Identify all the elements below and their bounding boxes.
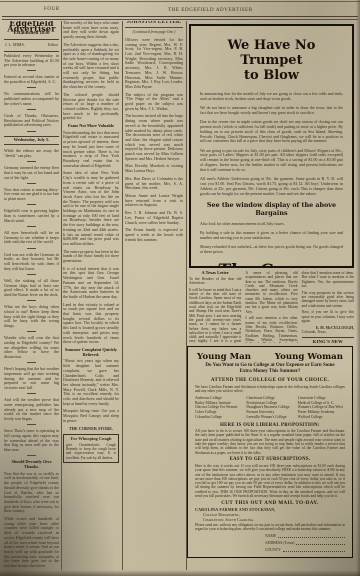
editorial-paragraph: Since Thaw's razor is operating in full …: [4, 429, 59, 456]
paper-name: THE EDGEFIELD ADVERTISER: [168, 8, 253, 13]
coupon-county-line: COUNTY: [265, 548, 345, 552]
paragraph: Officers were elected for the coming yea…: [125, 38, 183, 90]
dateline: Wednesday, July 5.: [4, 136, 59, 146]
coupon-name-blank: [278, 534, 345, 538]
col2-mid: Notwithstanding the fact that most Edgef…: [63, 131, 119, 345]
paragraph: While scores and hundreds of young white…: [4, 517, 59, 569]
trumpet-ad-body-2: Also look for other announcements in all…: [200, 222, 343, 255]
texas-col2-body: A sense of pleasing old acquaintances an…: [245, 271, 297, 343]
editorial-paragraph: Wonder who will own the first airship in…: [4, 336, 59, 363]
notice-paragraph: Published every Wednesday in The Adverti…: [4, 54, 59, 72]
header-rule-2: [2, 19, 358, 20]
col2-relief: "About two years ago when my little daug…: [63, 359, 119, 423]
scan-right-edge: [356, 0, 360, 576]
notice-paragraph: No communications will be published unle…: [4, 92, 59, 110]
johnston-body: Officers were elected for the coming yea…: [125, 38, 183, 242]
paragraph: Rev. J. B. Johnson and Dr. B. S. Lee, Pa…: [125, 211, 183, 225]
paragraph: It will be borne in mind that I am a nat…: [189, 288, 241, 343]
paragraph: Also look for other announcements in all…: [200, 222, 343, 227]
texas-letter-col3: show that I mention some of them. But wh…: [302, 271, 354, 343]
corner-store-mention: THE CORNER STORE.: [63, 427, 119, 432]
editorial-paragraph: While the editors are away the "devils" …: [4, 149, 59, 162]
paragraph: A sense of pleasing old acquaintances an…: [245, 271, 297, 314]
notice-paragraph: Cards of Thanks, Obituaries, Resolutions…: [4, 114, 59, 132]
masthead-rule: [4, 39, 59, 40]
whooping-cough-ad: For Whooping Cough give Chamberlain's Co…: [63, 434, 119, 463]
col1-subhead: Should Devoutly Give Thanks.: [4, 460, 59, 469]
paragraph: The crop prospects in this section are r…: [302, 291, 354, 308]
whooping-cough-ad-title: For Whooping Cough: [66, 437, 116, 442]
coupon-name-label: NAME: [265, 534, 276, 538]
johnston-letter-headline: JOHNSTON LETTER.: [125, 21, 183, 28]
paragraph: All men's Athletic Underwear going at 39…: [200, 177, 343, 196]
masthead-rule-2: [4, 51, 59, 52]
coupon-county-label: COUNTY: [265, 548, 281, 552]
window-display-line: See the window display of the above Barg…: [200, 201, 343, 217]
paragraph: Land in that vicinity is valued at so mu…: [63, 303, 119, 345]
texas-letter-headline: A Texas Letter: [189, 271, 241, 275]
college-item: Leesville Woman's College: [246, 415, 293, 420]
subscriptions-head: EASY TO GET SUBSCRIPTIONS.: [195, 457, 345, 462]
college-list-col3: Limestone CollegeMedical College of S. C…: [298, 396, 345, 421]
masthead-title: Edgefield Advertiser: [4, 21, 59, 31]
texas-letter-col2: A sense of pleasing old acquaintances an…: [245, 271, 297, 343]
paragraph: The Advertiser suggests that a day, pref…: [63, 43, 119, 90]
coupon-county-blank: [283, 548, 345, 552]
column-johnston-letter: JOHNSTON LETTER. (Continued from page On…: [125, 21, 183, 572]
corner-store-signature: The Corner Store: [200, 261, 343, 268]
column-rule-2: [122, 21, 123, 570]
trumpet-ad: We Have No Trumpet to Blow In announcing…: [189, 24, 354, 268]
young-woman-headline: Young Woman: [275, 352, 343, 362]
paragraph: Due to the recent rise in staple cotton …: [200, 120, 343, 144]
college-item: Columbia College: [195, 415, 242, 420]
editorial-paragraph: What are the boys doing when school is o…: [4, 305, 59, 332]
paragraph: It is of actual interest that it was on …: [63, 267, 119, 300]
page-number: FOUR: [44, 7, 60, 12]
col2-subhead: Fame Not More Valuable: [63, 124, 119, 129]
notice-paragraph: Entered as second class matter at the po…: [4, 75, 59, 88]
texas-letter-section: A Texas Letter To the Readers of the dea…: [189, 271, 354, 343]
texas-col1-body: To the Readers of the dear old Advertise…: [189, 277, 241, 343]
coupon-address-blank: [296, 541, 345, 545]
continued-line: (Continued from page One.): [125, 30, 183, 35]
paragraph: Money refunded if not satisfied—at these…: [200, 245, 343, 255]
col1-tail: Now that the war is, so swiftly as well …: [4, 472, 59, 569]
proposition-head: HERE IS OUR LIBERAL PROPOSITION:: [195, 423, 345, 428]
texas-col3-body: show that I mention some of them. But wh…: [302, 271, 354, 323]
paragraph: Mrs. Ben Davis of Columbia is the guest …: [125, 177, 183, 191]
coupon-address-line: ADDRESS (Town): [265, 541, 345, 545]
new-discovery-ad-title: KING'S NEW DISCOVERY: [302, 340, 354, 343]
editorial-paragraph: Germany interned the enemy fleet that it…: [4, 166, 59, 184]
paragraph: The Evans family is expected to spend a …: [125, 228, 183, 242]
coupon-name-line: NAME: [265, 534, 345, 538]
paragraph: "About two years ago when my little daug…: [63, 359, 119, 406]
editorial-paragraph: Here's hoping that the hot weather suspe…: [4, 367, 59, 394]
trumpet-ad-body: In announcing that for the month of July…: [200, 92, 343, 196]
editorial-paragraph: Edgefield corn is growing higher than is…: [4, 209, 59, 227]
column-editorial-2: The novelty of the boys who came home wi…: [63, 21, 119, 572]
paragraph: Miss Dorothy Murdoch is visiting Miss Lo…: [125, 164, 183, 173]
column-rule-1: [61, 21, 62, 570]
trumpet-headline-line2: to Blow: [200, 68, 343, 83]
col2-subhead-2: Summer Complaint Quickly Relieved.: [63, 348, 119, 357]
coupon-head: CUT THIS OUT AND MAIL TO-DAY.: [195, 501, 345, 506]
new-discovery-ad: KING'S NEW DISCOVERY Will Surely Stop Th…: [302, 337, 354, 343]
editorial-paragraph: Now that cotton is nearing thirty-five c…: [4, 188, 59, 206]
paragraph: To the Readers of the dear old Advertise…: [189, 277, 241, 286]
paragraph: We do not have to announce a big slaught…: [200, 106, 343, 116]
editorial-paragraph: God was not with the Germans in battle, …: [4, 253, 59, 275]
paragraph: show that I mention some of them. But wh…: [302, 271, 354, 288]
editor-line: J. L. MIMS, Editor: [4, 42, 59, 49]
attend-college-line: ATTEND THE COLLEGE OF YOUR CHOICE.: [195, 378, 345, 383]
paragraph: Now, if you see fit to give this space i…: [302, 310, 354, 323]
coupon-consent-text: Please send me, without any obligation o…: [195, 523, 345, 532]
header-rule: [2, 16, 358, 17]
college-list-col1: Anderson CollegeBailey Military Institut…: [195, 396, 242, 421]
subscriptions-text: Here is the way it works out. If you wil…: [195, 464, 345, 498]
paragraph: The colored people should likewise give …: [63, 93, 119, 121]
masthead-established: Established 1836: [4, 32, 59, 37]
college-list: Anderson CollegeBailey Military Institut…: [195, 396, 345, 421]
coupon-address-label: ADDRESS (Town): [265, 541, 294, 545]
proposition-text: All you have to do is to secure 100 thre…: [195, 429, 345, 455]
trumpet-headline-line1: We Have No Trumpet: [200, 38, 343, 68]
masthead-notices: Published every Wednesday in The Adverti…: [4, 54, 59, 132]
whooping-cough-ad-text: give Chamberlain's Cough Remedy to keep …: [66, 443, 116, 460]
college-item: Wofford College: [298, 415, 345, 420]
paragraph: The hostess invited all into the large d…: [125, 114, 183, 161]
paragraph: The subject of the program was "The Flag…: [125, 93, 183, 112]
paragraph: Now that the war is, so swiftly as well …: [4, 472, 59, 514]
paragraph: Some idea of what New York City's wealth…: [63, 171, 119, 246]
paragraph: We are going to put on sale for July, si…: [200, 149, 343, 173]
college-scholarship-ad: Young Man Young Woman Do You Want to Go …: [187, 346, 353, 558]
column-rule-3: [186, 21, 187, 570]
company-address-block: CAROLINA FARMER AND STOCKMAN, College De…: [195, 508, 345, 522]
texas-signoff-place: Colorado, Texas.: [302, 330, 354, 334]
college-list-col2: Charleston CollegePresbyterian CollegeDr…: [246, 396, 293, 421]
editorial-paragraph: Well, the sinking of all those German sh…: [4, 279, 59, 301]
paragraph: The novelty of the boys who came home wi…: [63, 21, 119, 40]
scan-top-edge: [0, 1, 360, 2]
paragraph: Misses Annie and Louise Wright have retu…: [125, 194, 183, 208]
column-masthead-editorials: Edgefield Advertiser Established 1836 J.…: [4, 21, 59, 572]
young-man-woman-row: Young Man Young Woman: [197, 352, 343, 362]
editorial-shorts: While the editors are away the "devils" …: [4, 149, 59, 456]
paragraph: The entire property has been in the hand…: [63, 250, 119, 264]
paragraph: Notwithstanding the fact that most Edgef…: [63, 131, 119, 169]
college-question-line2: Extra Money This Summer?: [195, 369, 345, 375]
texas-letter-col1: A Texas Letter To the Readers of the dea…: [189, 271, 241, 343]
col2-top: The novelty of the boys who came home wi…: [63, 21, 119, 121]
paragraph: In announcing that for the month of July…: [200, 92, 343, 102]
young-man-headline: Young Man: [197, 352, 251, 362]
editor-label: Editor: [48, 43, 58, 48]
editorial-paragraph: And will the weather prove that some ent…: [4, 398, 59, 425]
college-question: Do You Want to Go to College at Our Expe…: [195, 363, 345, 375]
paragraph: Mosquito biting time: Get you a Mosquito…: [63, 409, 119, 423]
paragraph: I will now mention a few other names of …: [245, 316, 297, 343]
editorial-paragraph: All eyes henceforth will be on Germany t…: [4, 231, 59, 249]
trumpet-ad-headline: We Have No Trumpet to Blow: [200, 38, 343, 83]
college-intro: We have Carolina Farmer and Stockman sch…: [195, 385, 345, 394]
editor-name: J. L. MIMS,: [5, 43, 25, 48]
paragraph: By holding a sale in this manner it give…: [200, 231, 343, 241]
